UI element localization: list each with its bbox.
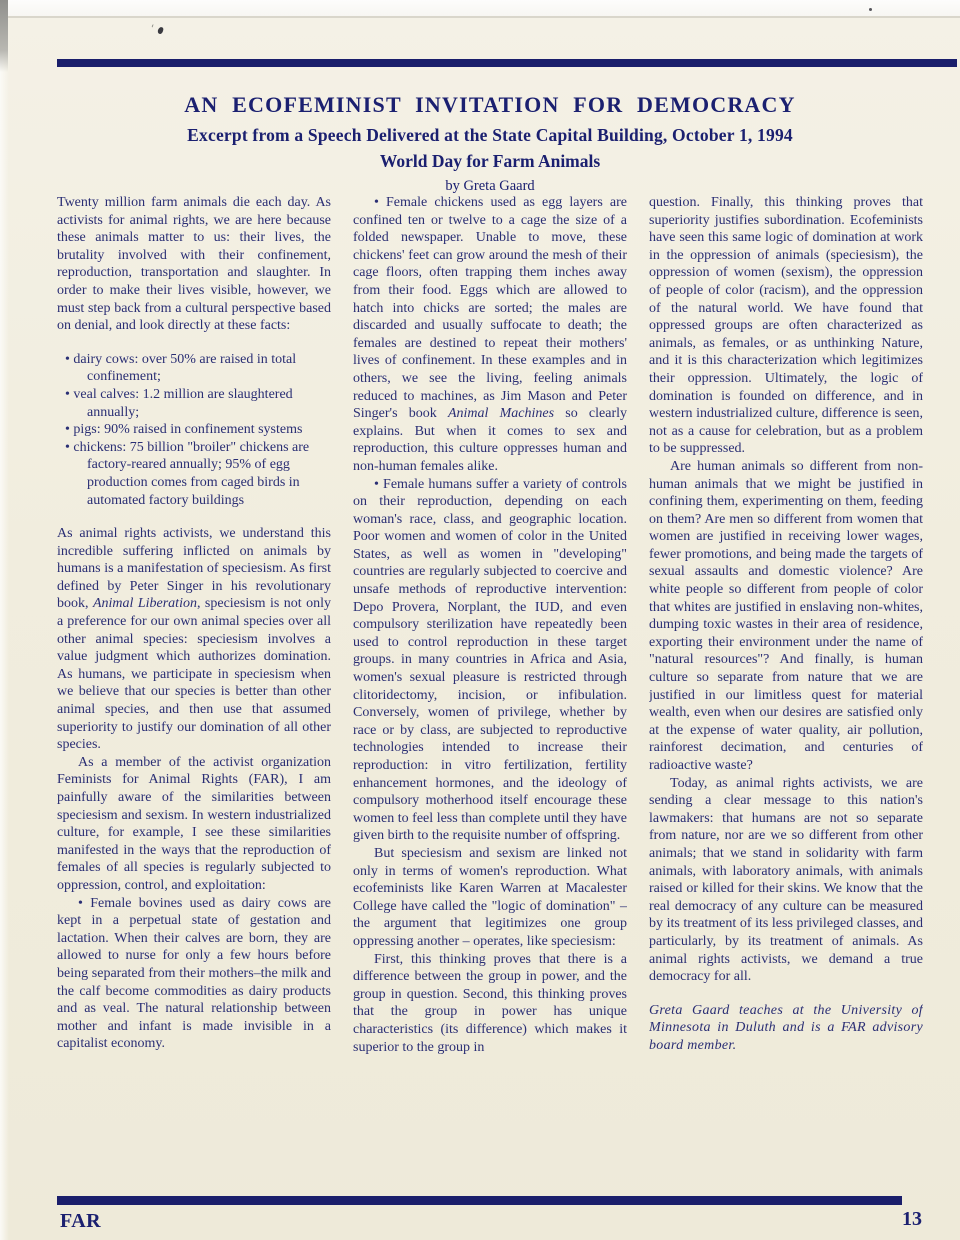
paragraph: • Female chickens used as egg layers are… [353, 194, 627, 476]
paragraph: As animal rights activists, we understan… [57, 525, 331, 754]
fact-item: • veal calves: 1.2 million are slaughter… [57, 386, 331, 421]
facts-list: • dairy cows: over 50% are raised in tot… [57, 351, 331, 509]
scan-dot [869, 8, 872, 11]
paragraph: As a member of the activist organization… [57, 754, 331, 895]
byline: by Greta Gaard [57, 178, 923, 195]
scan-edge-left [0, 0, 9, 1240]
paragraph: But speciesism and sexism are linked not… [353, 845, 627, 951]
paragraph: question. Finally, this thinking proves … [649, 194, 923, 458]
scan-speck [157, 26, 164, 34]
article-column-3: question. Finally, this thinking proves … [649, 194, 923, 1194]
fact-item: • pigs: 90% raised in confinement system… [57, 421, 331, 439]
article-occasion: World Day for Farm Animals [57, 151, 923, 172]
fact-item: • dairy cows: over 50% are raised in tot… [57, 351, 331, 386]
scanned-page: AN ECOFEMINIST INVITATION FOR DEMOCRACY … [0, 0, 960, 1240]
paragraph: Twenty million farm animals die each day… [57, 194, 331, 335]
article-column-2: • Female chickens used as egg layers are… [353, 194, 627, 1194]
footer-page-number: 13 [902, 1208, 922, 1231]
paragraph: • Female humans suffer a variety of cont… [353, 476, 627, 845]
footer-publication-name: FAR [60, 1210, 101, 1233]
scan-edge-corner [0, 0, 8, 72]
paragraph: • Female bovines used as dairy cows are … [57, 895, 331, 1053]
paragraph: Are human animals so different from non-… [649, 458, 923, 775]
article-subtitle: Excerpt from a Speech Delivered at the S… [57, 125, 923, 146]
fact-item: • chickens: 75 billion "broiler" chicken… [57, 439, 331, 509]
scan-edge-top [0, 0, 960, 18]
article-body: Twenty million farm animals die each day… [57, 194, 923, 1194]
article-title: AN ECOFEMINIST INVITATION FOR DEMOCRACY [57, 92, 923, 118]
bottom-rule [57, 1196, 902, 1205]
article-header: AN ECOFEMINIST INVITATION FOR DEMOCRACY … [57, 92, 923, 195]
paragraph: Today, as animal rights activists, we ar… [649, 775, 923, 986]
top-rule [57, 59, 957, 67]
article-column-1: Twenty million farm animals die each day… [57, 194, 331, 1194]
paragraph: Greta Gaard teaches at the University of… [649, 1002, 923, 1055]
paragraph: First, this thinking proves that there i… [353, 951, 627, 1057]
